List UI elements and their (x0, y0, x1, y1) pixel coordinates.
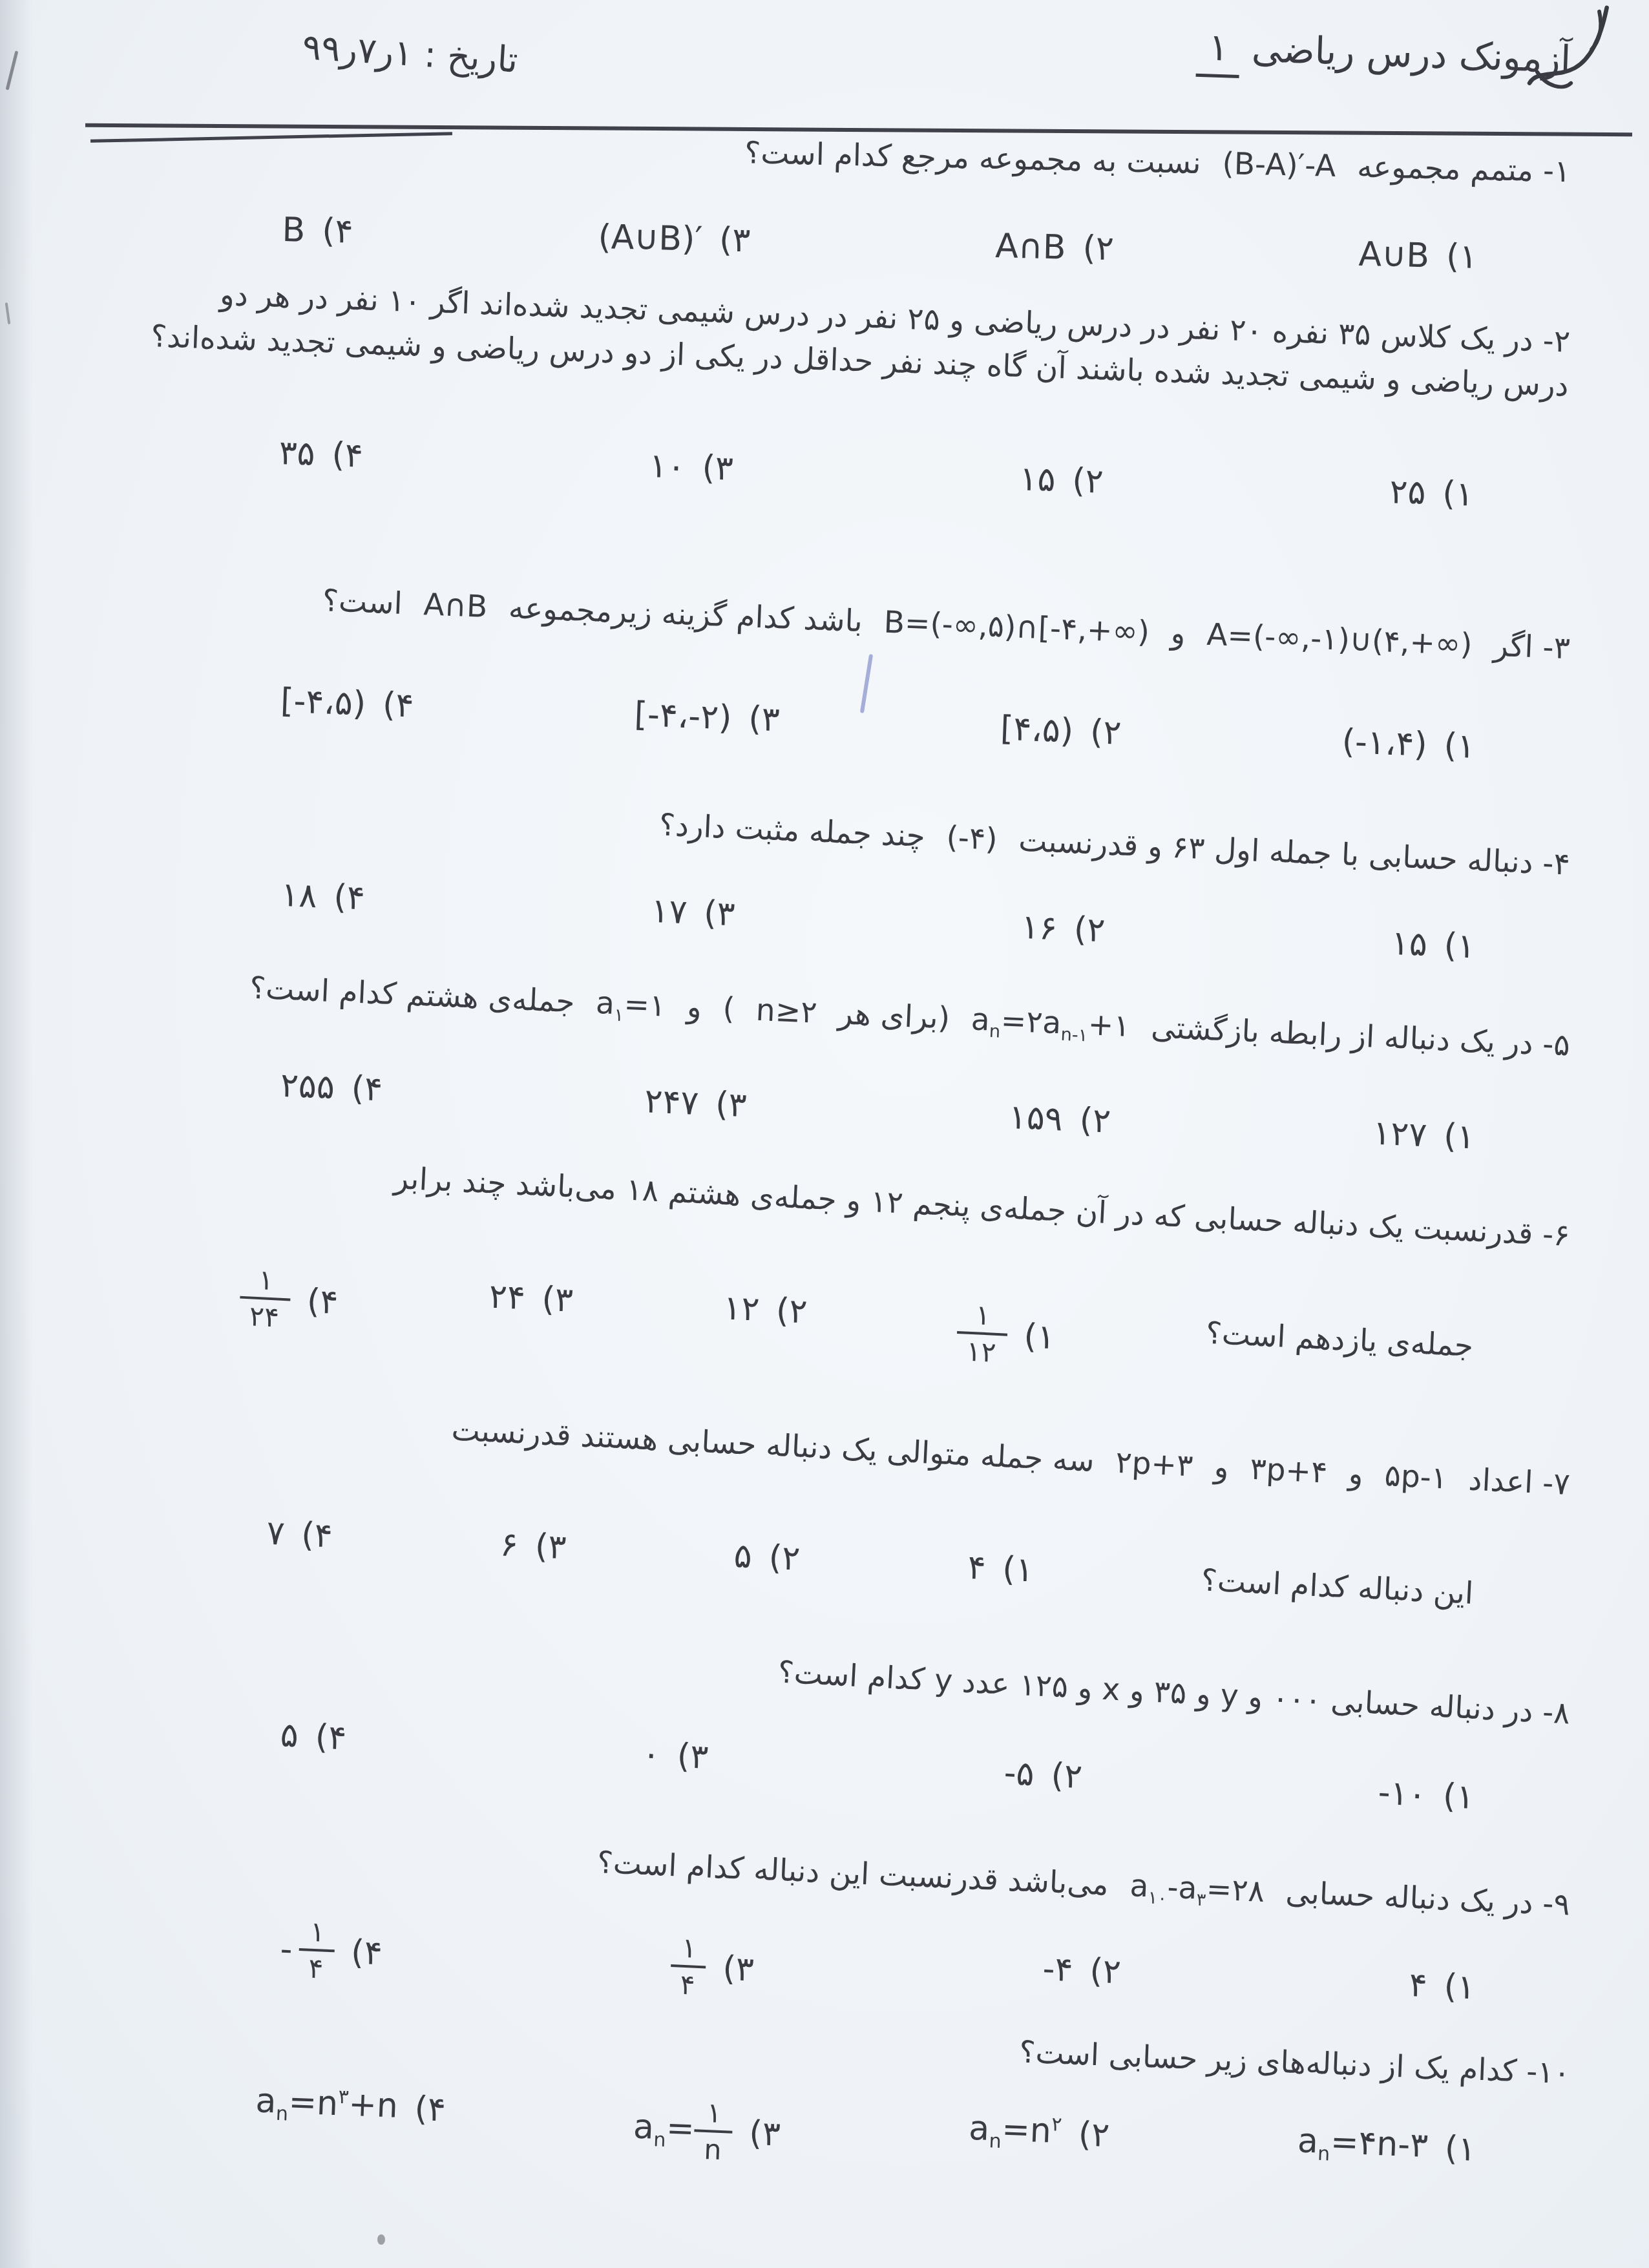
option-marker: (۳ (676, 1736, 709, 1778)
option-value: ۴ (1408, 1965, 1428, 2006)
question-3-options: (۱(-۱،۴) (۲[۴،۵) (۳[-۴،-۲) (۴[-۴،۵) (73, 673, 1573, 771)
q3-set-A: A=(-∞,-۱)∪(۴,+∞) (1206, 613, 1473, 667)
q4-common-difference: (-۴) (945, 816, 998, 863)
question-6-text: ۶- قدرنسبت یک دنباله حسابی که در آن جمله… (78, 1141, 1577, 1258)
option-value: ۰ (641, 1734, 661, 1776)
q5-rec-base: a (971, 1002, 991, 1038)
minus-sign: - (279, 1929, 293, 1969)
fraction-denominator: n (693, 2129, 733, 2166)
option: (۱۱۵ (1391, 923, 1476, 967)
option-marker: (۴ (314, 1717, 347, 1759)
seq-exponent: ۳ (338, 2086, 350, 2109)
q3-post: باشد کدام گزینه زیرمجموعه (508, 590, 863, 639)
q4-post: چند جمله مثبت دارد؟ (658, 807, 926, 854)
fraction-value: ۱۲۴ (238, 1265, 292, 1334)
q9-equation: a۱۰-a۳=۲۸ (1129, 1864, 1265, 1916)
fraction-denominator: ۴ (297, 1948, 334, 1985)
option-marker: (۴ (350, 1932, 383, 1973)
question-5-text: ۵- در یک دنباله از رابطه بازگشتی an=۲an-… (77, 959, 1577, 1070)
option-marker: (۱ (1444, 2128, 1477, 2170)
option-value: ۱۷ (650, 891, 688, 933)
option-marker: (۳ (748, 699, 781, 740)
option-marker: (۳ (719, 220, 751, 261)
option-value: B (282, 210, 306, 251)
option-value: ۲۵ (1389, 472, 1426, 513)
option: (۱۱۲۷ (1372, 1113, 1476, 1157)
option-value: ۱۵ (1019, 459, 1056, 500)
option: (۱-۱۰ (1377, 1772, 1475, 1818)
q3-set-B: B=(-∞,۵)∩[-۴,+∞) (883, 601, 1151, 655)
option: (۳۱۴ (669, 1933, 755, 2003)
question-4-text: ۴- دنباله حسابی با جمله اول ۶۳ و قدرنسبت… (77, 778, 1577, 887)
scan-artifact (377, 2234, 385, 2245)
option-value: -۵ (1003, 1753, 1035, 1795)
question-4: ۴- دنباله حسابی با جمله اول ۶۳ و قدرنسبت… (0, 775, 1649, 975)
option-marker: (۱ (1442, 1776, 1475, 1818)
question-6-options: جمله‌ی یازدهم است؟ (۱۱۱۲ (۲۱۲ (۳۲۴ (۴۱۲۴ (70, 1256, 1571, 1396)
q5-init-sub: ۱ (614, 1005, 624, 1026)
q3-post2: است؟ (322, 583, 403, 622)
option-value: ۱۶ (1020, 907, 1058, 949)
option-marker: (۴ (306, 1281, 339, 1323)
option: (۱(-۱،۴) (1341, 722, 1476, 767)
option: (۳an=۱n (632, 2095, 782, 2168)
option-value: -۴ (1042, 1949, 1073, 1990)
question-6-continuation: جمله‌ی یازدهم است؟ (1205, 1312, 1475, 1365)
option-value: ۲۴ (488, 1277, 526, 1319)
option: (۲an=n۲ (968, 2108, 1110, 2158)
option-value: ۶ (499, 1524, 520, 1566)
option-marker: (۲ (775, 1290, 808, 1332)
question-10-options: (۱an=۴n-۳ (۲an=n۲ (۳an=۱n (۴an=n۳+n (73, 2074, 1573, 2199)
option-marker: (۲ (1078, 1100, 1111, 1142)
option: (۲-۴ (1042, 1949, 1122, 1993)
option: (۲A∩B (995, 226, 1115, 269)
option-marker: (۳ (722, 1948, 755, 1990)
q6-line1: ۶- قدرنسبت یک دنباله حسابی که در آن جمله… (393, 1160, 1570, 1254)
option-value: ۲۵۵ (280, 1066, 335, 1108)
option: (۴۳۵ (278, 433, 364, 476)
option-value: [-۴،-۲) (634, 695, 733, 739)
fraction-denominator: ۱۲ (955, 1331, 1007, 1369)
question-9-text: ۹- در یک دنباله حسابی a۱۰-a۳=۲۸ می‌باشد … (77, 1818, 1577, 1929)
q1-expression: (B-A)′-A (1222, 142, 1336, 189)
fraction-value: ۱۴ (669, 1933, 707, 2001)
seq-sub: n (275, 2103, 288, 2126)
q5-cond-open: (برای هر (837, 996, 951, 1036)
option-marker: (۳ (715, 1084, 748, 1126)
option: (۴۷ (266, 1513, 333, 1557)
option: (۲۱۲ (722, 1288, 808, 1332)
option-marker: (۴ (350, 1068, 383, 1109)
option: (۴۵ (279, 1715, 347, 1759)
q3-and: و (1170, 616, 1186, 652)
question-2-options: (۱۲۵ (۲۱۵ (۳۱۰ (۴۳۵ (72, 426, 1571, 518)
option-marker: (۳ (541, 1279, 574, 1321)
seq-base: a (633, 2108, 655, 2147)
q9-eq-sub1: ۱۰ (1148, 1888, 1168, 1909)
q5-condition: n≥۲ (755, 989, 818, 1035)
option-value: ۱۲ (722, 1288, 761, 1330)
question-7: ۷- اعداد ۵p-۱ و ۳p+۴ و ۲p+۳ سه جمله متوا… (0, 1386, 1649, 1621)
option: (۴an=n۳+n (255, 2081, 446, 2132)
q5-recursive-formula: an=۲an-۱+۱ (970, 998, 1131, 1051)
option-value: ۵ (733, 1536, 753, 1577)
option: (۳۶ (499, 1524, 567, 1568)
option: (۲۱۵۹ (1008, 1097, 1112, 1142)
q7-pre: ۷- اعداد (1467, 1462, 1570, 1502)
option: (۳(A∪B)′ (598, 217, 751, 261)
option-value: ۱۵۹ (1008, 1097, 1064, 1140)
q5-init-base: a (595, 985, 615, 1022)
option: (۳[-۴،-۲) (634, 695, 781, 740)
q1-pre: ۱- متمم مجموعه (1357, 149, 1571, 189)
option: (۲۱۶ (1020, 907, 1106, 951)
option-marker: (۴ (333, 877, 366, 918)
q5-post: جمله‌ی هشتم کدام است؟ (249, 971, 575, 1020)
option-marker: (۳ (701, 448, 733, 489)
date-field: تاریخ : ۱ر۷ر۹۹ (301, 26, 520, 81)
q7-term1: ۵p-۱ (1383, 1454, 1449, 1501)
option: (۴B (282, 210, 353, 252)
negative-fraction-value: -۱۴ (279, 1916, 336, 1985)
fraction-numerator: ۱ (671, 1933, 708, 1966)
option-value: an=۱n (632, 2095, 733, 2167)
q7-and1: و (1348, 1456, 1364, 1492)
fraction-denominator: ۲۴ (238, 1296, 290, 1334)
option-marker: (۴ (382, 685, 415, 726)
option-value: -۱۰ (1377, 1772, 1427, 1815)
option-value: [-۴،۵) (280, 681, 366, 724)
option-marker: (۱ (1443, 726, 1476, 767)
question-2: ۲- در یک کلاس ۳۵ نفره ۲۰ نفر در درس ریاض… (0, 266, 1649, 521)
q3-pre: ۳- اگر (1493, 628, 1571, 667)
option-marker: (۲ (1078, 2114, 1111, 2156)
option: (۱۲۵ (1389, 472, 1474, 515)
seq-base: a (1297, 2121, 1319, 2161)
option-marker: (۱ (1443, 1966, 1476, 2008)
fraction-numerator: ۱ (964, 1300, 1001, 1334)
option-value: ۱۰ (649, 446, 686, 487)
question-1: ۱- متمم مجموعه (B-A)′-A نسبت به مجموعه م… (0, 114, 1649, 281)
option-value: ۲۴۷ (644, 1081, 699, 1124)
question-1-options: (۱A∪B (۲A∩B (۳(A∪B)′ (۴B (75, 205, 1575, 280)
option: (۲۵ (733, 1536, 801, 1579)
option-marker: (۲ (1050, 1756, 1083, 1798)
option: (۱۴ (1408, 1965, 1476, 2008)
question-5: ۵- در یک دنباله از رابطه بازگشتی an=۲an-… (0, 956, 1649, 1165)
option: (۳۲۴ (488, 1277, 574, 1321)
scanned-exam-page: آزمونک درس ریاضی۱ تاریخ : ۱ر۷ر۹۹ ۱- متمم… (0, 0, 1649, 2268)
q3-intersection: A∩B (423, 583, 488, 629)
q7-and2: و (1213, 1449, 1230, 1486)
option: (۲-۵ (1003, 1753, 1083, 1798)
option-value: A∩B (995, 226, 1067, 268)
fraction-value: ۱۱۲ (955, 1299, 1009, 1369)
seq-base: a (968, 2109, 990, 2148)
q7-post: سه جمله متوالی یک دنباله حسابی هستند قدر… (450, 1412, 1095, 1479)
option-marker: (۱ (1443, 925, 1476, 967)
option-value: ۷ (266, 1513, 286, 1555)
option-value: an=n۲ (968, 2108, 1062, 2156)
seq-rule-tail: +n (348, 2085, 399, 2126)
option-value: (A∪B)′ (598, 217, 703, 260)
fraction-value: ۱n (693, 2098, 734, 2167)
option-marker: (۴ (322, 211, 354, 252)
option-value: ۳۵ (278, 433, 316, 474)
option-value: ۱۸ (280, 875, 318, 917)
option: (۲۱۵ (1019, 459, 1104, 502)
option-marker: (۳ (748, 2113, 781, 2154)
option-value: ۱۵ (1391, 923, 1429, 965)
option: (۱A∪B (1358, 235, 1478, 278)
seq-base: a (255, 2081, 277, 2121)
option-marker: (۱ (1445, 236, 1478, 277)
option: (۴۱۸ (280, 875, 366, 919)
option-marker: (۳ (534, 1526, 567, 1568)
question-5-options: (۱۱۲۷ (۲۱۵۹ (۳۲۴۷ (۴۲۵۵ (73, 1056, 1573, 1162)
option: (۳۱۰ (649, 446, 734, 489)
option: (۳۲۴۷ (644, 1081, 748, 1126)
fraction-value: ۱۴ (297, 1916, 335, 1985)
seq-rule: = (666, 2109, 695, 2149)
q5-rec-sub1: n (989, 1022, 1001, 1042)
option: (۲[۴،۵) (1000, 709, 1122, 754)
q5-and: و (686, 989, 702, 1025)
q5-initial-term: a۱=۱ (595, 982, 667, 1031)
seq-exponent: ۲ (1051, 2113, 1063, 2136)
option-marker: (۲ (768, 1538, 801, 1580)
question-8: ۸- در دنباله حسابی ۰۰۰ و y و ۳۵ و x و ۱۲… (0, 1610, 1649, 1827)
fraction-numerator: ۱ (247, 1265, 284, 1298)
seq-sub: n (989, 2130, 1002, 2153)
option-value: ۴ (967, 1548, 987, 1589)
question-7-continuation: این دنباله کدام است؟ (1201, 1559, 1475, 1613)
q9-post: می‌باشد قدرنسبت این دنباله کدام است؟ (596, 1845, 1109, 1903)
seq-sub: n (653, 2128, 666, 2152)
option: (۱۱۱۲ (955, 1299, 1056, 1371)
option-marker: (۲ (1082, 228, 1115, 269)
seq-rule: =n (1001, 2110, 1052, 2151)
option-value: an=n۳+n (255, 2081, 399, 2130)
option-marker: (۱ (1442, 474, 1474, 515)
option-value: ۵ (279, 1715, 299, 1756)
option-marker: (۴ (331, 435, 363, 476)
option-marker: (۲ (1089, 1951, 1122, 1992)
q5-rec-tail: +۱ (1087, 1007, 1131, 1044)
q10-line: ۱۰- کدام یک از دنباله‌های زیر حسابی است؟ (1019, 2035, 1571, 2092)
q4-pre: ۴- دنباله حسابی با جمله اول ۶۳ و قدرنسبت (1018, 823, 1571, 882)
option-value: [۴،۵) (1000, 709, 1075, 752)
option-value: A∪B (1358, 235, 1430, 277)
option: (۴-۱۴ (279, 1916, 384, 1988)
fraction-numerator: ۱ (696, 2098, 733, 2131)
q9-eq-sub2: ۳ (1196, 1890, 1206, 1911)
option-marker: (۱ (1002, 1549, 1035, 1591)
q5-rec-sub2: n-۱ (1060, 1025, 1088, 1046)
option-marker: (۲ (1089, 712, 1122, 753)
q9-eq-mid: -a (1166, 1870, 1197, 1907)
option: (۱۴ (967, 1548, 1035, 1591)
fraction-denominator: ۴ (669, 1964, 706, 2001)
option-marker: (۴ (300, 1515, 333, 1557)
q5-cond-close: ) (722, 991, 736, 1027)
question-7-text: ۷- اعداد ۵p-۱ و ۳p+۴ و ۲p+۳ سه جمله متوا… (78, 1390, 1577, 1507)
scan-artifact (6, 50, 19, 90)
q5-rec-mid: =۲a (1000, 1003, 1062, 1041)
page-title-number: ۱ (1195, 25, 1241, 78)
option-marker: (۳ (703, 893, 736, 934)
option-value: an=۴n-۳ (1297, 2121, 1429, 2170)
q9-eq-tail: =۲۸ (1206, 1871, 1265, 1909)
q5-pre: ۵- در یک دنباله از رابطه بازگشتی (1150, 1009, 1571, 1063)
option-marker: (۲ (1071, 461, 1104, 502)
question-7-options: این دنباله کدام است؟ (۱۴ (۲۵ (۳۶ (۴۷ (72, 1504, 1571, 1617)
question-3: ۳- اگر A=(-∞,-۱)∪(۴,+∞) و B=(-∞,۵)∩[-۴,+… (0, 567, 1649, 773)
option: (۴[-۴،۵) (280, 681, 414, 726)
q8-line: ۸- در دنباله حسابی ۰۰۰ و y و ۳۵ و x و ۱۲… (777, 1654, 1571, 1731)
question-4-options: (۱۱۵ (۲۱۶ (۳۱۷ (۴۱۸ (74, 866, 1573, 972)
question-6: ۶- قدرنسبت یک دنباله حسابی که در آن جمله… (0, 1137, 1649, 1400)
seq-rule: =۴n-۳ (1330, 2123, 1429, 2165)
option-value: (-۱،۴) (1341, 722, 1428, 765)
q9-eq-base1: a (1129, 1868, 1149, 1904)
question-3-text: ۳- اگر A=(-∞,-۱)∪(۴,+∞) و B=(-∞,۵)∩[-۴,+… (77, 570, 1577, 671)
option-marker: (۴ (414, 2089, 446, 2130)
option: (۳۰ (641, 1734, 709, 1778)
fraction-numerator: ۱ (299, 1916, 336, 1949)
option-marker: (۲ (1073, 909, 1106, 950)
option: (۴۱۲۴ (238, 1265, 340, 1336)
q9-pre: ۹- در یک دنباله حسابی (1285, 1875, 1571, 1923)
option-marker: (۱ (1023, 1316, 1056, 1358)
option: (۳۱۷ (650, 891, 736, 935)
q7-term2: ۳p+۴ (1249, 1447, 1329, 1495)
option-marker: (۱ (1443, 1116, 1476, 1157)
option: (۱an=۴n-۳ (1297, 2121, 1477, 2172)
seq-sub: n (1318, 2143, 1330, 2166)
q1-post: نسبت به مجموعه مرجع کدام است؟ (744, 135, 1202, 181)
seq-rule: =n (288, 2083, 339, 2123)
q7-term3: ۲p+۳ (1115, 1441, 1194, 1489)
option-value: ۱۲۷ (1372, 1113, 1427, 1155)
q5-init-value: =۱ (624, 987, 667, 1024)
option: (۴۲۵۵ (280, 1066, 384, 1110)
